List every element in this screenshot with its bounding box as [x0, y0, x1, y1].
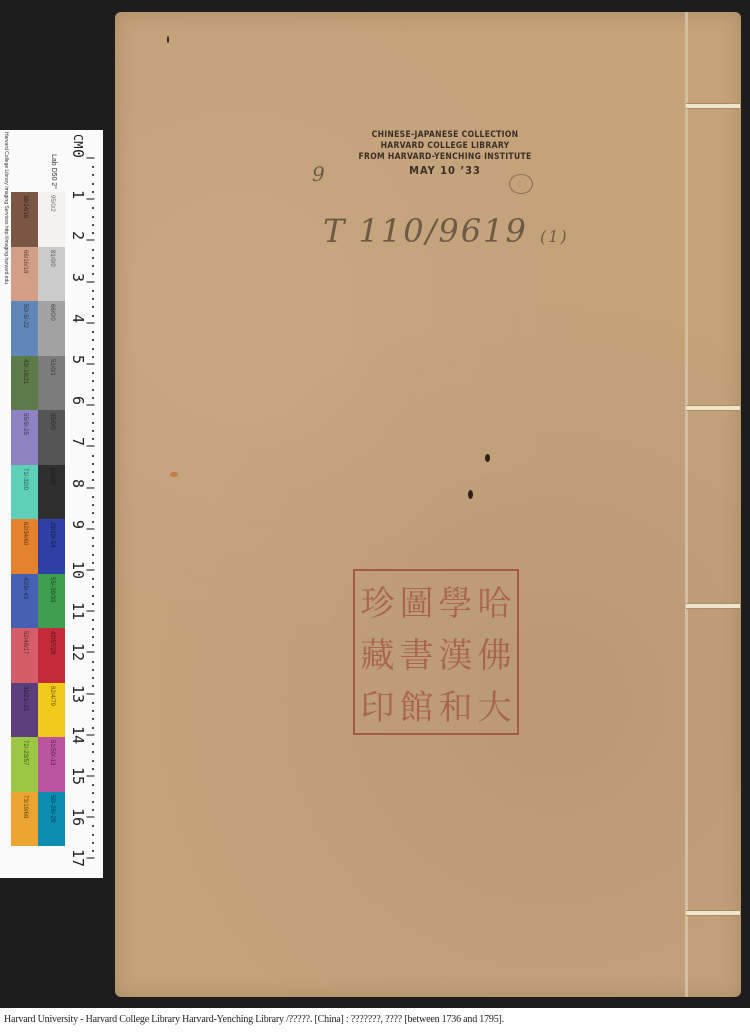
ruler-tick	[87, 364, 95, 365]
ruler-tick	[87, 199, 95, 200]
ruler-minor-tick	[92, 825, 94, 827]
ruler-minor-tick	[92, 578, 94, 580]
ruler-tick	[87, 158, 95, 159]
color-swatch: 50/-28/-29	[38, 792, 65, 847]
color-swatch: 40/9/-43	[11, 574, 38, 629]
ruler-number: 8	[70, 479, 86, 488]
ruler-number: 4	[70, 314, 86, 323]
seal-character: 學	[437, 575, 474, 625]
ruler-minor-tick	[92, 603, 94, 605]
stamp-line: FROM HARVARD-YENCHING INSTITUTE	[335, 152, 555, 163]
ruler-minor-tick	[92, 166, 94, 168]
color-swatch: 20/0/0	[38, 465, 65, 520]
color-calibration-target: Harvard College Library Imaging Services…	[0, 130, 103, 878]
ruler-minor-tick	[92, 595, 94, 597]
ruler-minor-tick	[92, 760, 94, 762]
binding-stitch	[686, 405, 740, 411]
ruler-number: 14	[70, 726, 86, 744]
paper-speck	[485, 454, 490, 462]
ruler-unit-label: CM	[70, 134, 86, 148]
ruler-minor-tick	[92, 727, 94, 729]
ruler-minor-tick	[92, 380, 94, 382]
seal-character: 佛	[476, 627, 513, 677]
binding-stitch	[686, 603, 740, 609]
ruler-tick	[87, 693, 95, 694]
ruler-number: 7	[70, 437, 86, 446]
color-swatch: 51/50/-13	[38, 737, 65, 792]
ruler-minor-tick	[92, 496, 94, 498]
ruler-tick	[87, 528, 95, 529]
ruler-minor-tick	[92, 554, 94, 556]
color-swatch: 38/14/16	[11, 192, 38, 247]
ruler-minor-tick	[92, 315, 94, 317]
ruler-tick	[87, 611, 95, 612]
ruler-minor-tick	[92, 348, 94, 350]
color-swatch: 42/57/29	[38, 628, 65, 683]
ruler-minor-tick	[92, 661, 94, 663]
ruler-minor-tick	[92, 331, 94, 333]
ruler-minor-tick	[92, 784, 94, 786]
ruler-minor-tick	[92, 298, 94, 300]
ruler-tick	[87, 570, 95, 571]
color-swatch: 72/-23/57	[11, 737, 38, 792]
ruler-minor-tick	[92, 842, 94, 844]
seal-character: 哈	[476, 575, 513, 625]
call-number-text: T 110/9619	[323, 212, 528, 250]
ruler-minor-tick	[92, 339, 94, 341]
ruler-minor-tick	[92, 809, 94, 811]
ruler-number: 13	[70, 685, 86, 703]
color-swatch: 51/0/1	[38, 356, 65, 411]
color-swatch: 66/16/18	[11, 247, 38, 302]
ruler-minor-tick	[92, 512, 94, 514]
seal-character: 印	[359, 679, 396, 729]
ruler-tick	[87, 405, 95, 406]
ruler-minor-tick	[92, 389, 94, 391]
ruler-minor-tick	[92, 702, 94, 704]
ruler-minor-tick	[92, 792, 94, 794]
color-swatch: 81/0/0	[38, 247, 65, 302]
seal-character: 藏	[359, 627, 396, 677]
stamp-line: HARVARD COLLEGE LIBRARY	[335, 141, 555, 152]
ruler-minor-tick	[92, 636, 94, 638]
red-library-seal: 哈佛大學漢和圖書館珍藏印	[353, 569, 519, 735]
ruler-tick	[87, 858, 95, 859]
color-swatch: 62/34/60	[11, 519, 38, 574]
ruler-tick	[87, 322, 95, 323]
ruler-tick	[87, 734, 95, 735]
ruler-minor-tick	[92, 372, 94, 374]
ruler-minor-tick	[92, 628, 94, 630]
ruler-number: 2	[70, 231, 86, 240]
ruler-number: 1	[70, 190, 86, 199]
ruler-minor-tick	[92, 669, 94, 671]
color-swatch: 35/0/0	[38, 410, 65, 465]
color-swatch: 50/-5/-22	[11, 301, 38, 356]
ruler-number: 10	[70, 561, 86, 579]
pencil-margin-mark: 9	[312, 162, 325, 186]
stamp-line: CHINESE-JAPANESE COLLECTION	[335, 130, 555, 141]
ruler-number: 16	[70, 808, 86, 826]
ruler-minor-tick	[92, 430, 94, 432]
ruler-tick	[87, 446, 95, 447]
ruler-minor-tick	[92, 562, 94, 564]
seal-character: 大	[476, 679, 513, 729]
binding-thread	[685, 12, 688, 997]
ruler-minor-tick	[92, 743, 94, 745]
ruler-minor-tick	[92, 718, 94, 720]
ruler-minor-tick	[92, 751, 94, 753]
color-swatch: 55/9/-25	[11, 410, 38, 465]
color-swatch: 82/4/79	[38, 683, 65, 738]
seal-character: 和	[437, 679, 474, 729]
seal-character: 書	[398, 627, 435, 677]
ruler-minor-tick	[92, 463, 94, 465]
pencil-circle-mark	[509, 174, 533, 194]
ruler-minor-tick	[92, 685, 94, 687]
ruler-minor-tick	[92, 265, 94, 267]
ruler-minor-tick	[92, 306, 94, 308]
seal-character: 館	[398, 679, 435, 729]
ruler-minor-tick	[92, 537, 94, 539]
ruler-tick	[87, 652, 95, 653]
ruler-minor-tick	[92, 257, 94, 259]
ruler-minor-tick	[92, 504, 94, 506]
ruler-tick	[87, 240, 95, 241]
color-swatch: 52/48/17	[11, 628, 38, 683]
ruler-minor-tick	[92, 290, 94, 292]
handwritten-call-number: T 110/9619 (1)	[323, 212, 569, 250]
ruler-minor-tick	[92, 521, 94, 523]
ruler-minor-tick	[92, 850, 94, 852]
ruler-minor-tick	[92, 232, 94, 234]
color-swatch: 73/19/68	[11, 792, 38, 847]
ruler-minor-tick	[92, 216, 94, 218]
ruler-number: 6	[70, 396, 86, 405]
ruler-number: 12	[70, 643, 86, 661]
seal-character: 圖	[398, 575, 435, 625]
color-swatch: 55/-39/33	[38, 574, 65, 629]
ruler-minor-tick	[92, 273, 94, 275]
ruler-minor-tick	[92, 768, 94, 770]
color-swatch: 29/19/-54	[38, 519, 65, 574]
ruler-tick	[87, 776, 95, 777]
ruler-minor-tick	[92, 224, 94, 226]
image-caption: Harvard University - Harvard College Lib…	[0, 1008, 750, 1032]
ruler-minor-tick	[92, 619, 94, 621]
ruler-minor-tick	[92, 677, 94, 679]
ruler-minor-tick	[92, 834, 94, 836]
color-swatch: 95/0/2	[38, 192, 65, 247]
ruler-minor-tick	[92, 191, 94, 193]
paper-speck	[468, 490, 473, 499]
ruler-number: 17	[70, 849, 86, 867]
library-accession-stamp: CHINESE-JAPANESE COLLECTION HARVARD COLL…	[335, 130, 555, 176]
ruler-minor-tick	[92, 586, 94, 588]
ruler-minor-tick	[92, 438, 94, 440]
ruler-minor-tick	[92, 207, 94, 209]
book-cover-page: CHINESE-JAPANESE COLLECTION HARVARD COLL…	[115, 12, 741, 997]
ruler-minor-tick	[92, 422, 94, 424]
ruler-minor-tick	[92, 174, 94, 176]
ruler-tick	[87, 817, 95, 818]
ruler-minor-tick	[92, 644, 94, 646]
binding-stitch	[686, 910, 740, 916]
ruler-minor-tick	[92, 479, 94, 481]
ruler-minor-tick	[92, 183, 94, 185]
ruler-minor-tick	[92, 249, 94, 251]
paper-stain	[170, 472, 178, 477]
target-credit: Harvard College Library Imaging Services…	[2, 132, 10, 874]
ruler-minor-tick	[92, 471, 94, 473]
ruler-number: 5	[70, 355, 86, 364]
ruler-minor-tick	[92, 455, 94, 457]
ruler-minor-tick	[92, 413, 94, 415]
ruler-minor-tick	[92, 710, 94, 712]
lab-label: Lab D50 2°	[50, 154, 57, 189]
seal-character: 漢	[437, 627, 474, 677]
color-swatch: 43/-18/21	[11, 356, 38, 411]
ruler-tick	[87, 487, 95, 488]
binding-stitch	[686, 103, 740, 109]
ruler-number: 15	[70, 767, 86, 785]
ruler-minor-tick	[92, 397, 94, 399]
ruler-number: 3	[70, 273, 86, 282]
color-swatch: 66/0/0	[38, 301, 65, 356]
ruler-number: 9	[70, 520, 86, 529]
seal-character: 珍	[359, 575, 396, 625]
ruler-number: 11	[70, 602, 86, 620]
paper-speck	[167, 36, 169, 43]
ruler-number: 0	[70, 149, 86, 158]
ruler-minor-tick	[92, 545, 94, 547]
image-viewer: Harvard College Library Imaging Services…	[0, 0, 750, 1008]
color-swatch: 31/21/-21	[11, 683, 38, 738]
ruler-minor-tick	[92, 801, 94, 803]
ruler-tick	[87, 281, 95, 282]
color-swatch: 71/-32/0	[11, 465, 38, 520]
ruler-minor-tick	[92, 356, 94, 358]
volume-mark: (1)	[540, 227, 569, 246]
